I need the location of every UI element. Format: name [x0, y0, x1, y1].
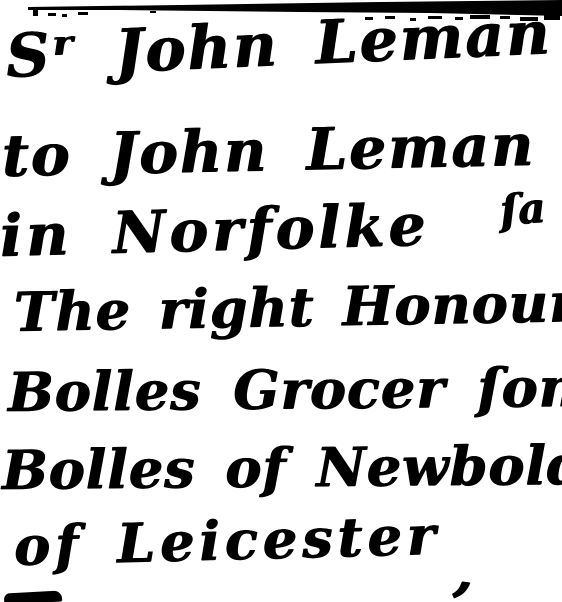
- partial-ink-stroke: [4, 590, 62, 602]
- comma-flourish: ,: [452, 538, 480, 602]
- manuscript-line-6: Bolles of Newbold: [2, 433, 562, 502]
- manuscript-scan-page: Sʳ John Leman Fis to John Leman of in No…: [0, 0, 562, 602]
- manuscript-line-7: of Leicester: [13, 503, 441, 578]
- manuscript-edge-fragment: ſa: [498, 183, 547, 235]
- manuscript-line-3: in Norfolke: [0, 191, 430, 270]
- manuscript-line-5: Bolles Grocer ſon: [8, 355, 562, 424]
- manuscript-line-4: The right Honourb: [13, 269, 562, 344]
- manuscript-line-2: to John Leman of: [1, 109, 562, 190]
